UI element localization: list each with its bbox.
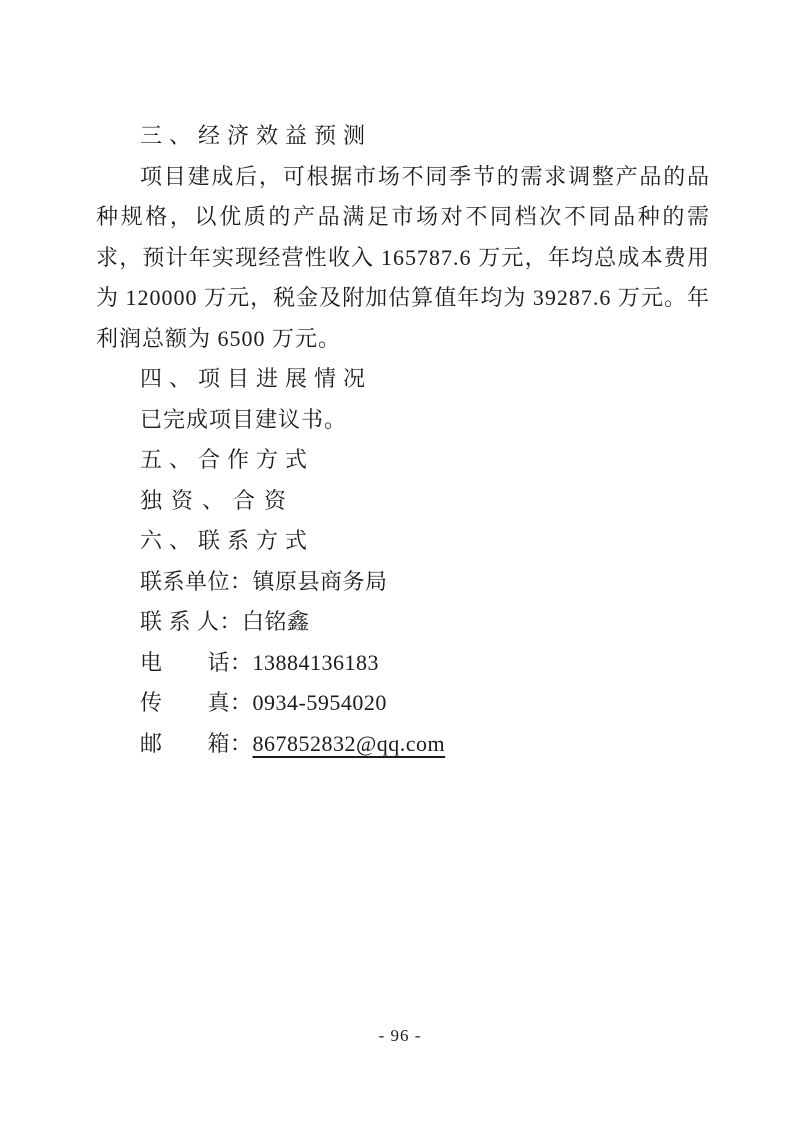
contact-email-label: 邮 箱：: [140, 731, 253, 756]
contact-row-unit: 联系单位：镇原县商务局: [96, 562, 710, 603]
paragraph-project-progress: 已完成项目建议书。: [96, 400, 710, 441]
page-number: - 96 -: [0, 1026, 800, 1046]
heading-contact-info: 六、联系方式: [96, 521, 710, 562]
contact-person-value: 白铭鑫: [242, 609, 310, 634]
heading-project-progress: 四、项目进展情况: [96, 359, 710, 400]
contact-unit-label: 联系单位：: [140, 569, 253, 594]
contact-row-fax: 传 真：0934-5954020: [96, 683, 710, 724]
contact-person-label: 联 系 人：: [140, 609, 242, 634]
contact-fax-label: 传 真：: [140, 690, 253, 715]
contact-fax-value: 0934-5954020: [253, 690, 387, 715]
heading-economic-benefit-forecast: 三、经济效益预测: [96, 116, 710, 157]
paragraph-cooperation-mode: 独资、合资: [96, 481, 710, 522]
contact-row-email: 邮 箱：867852832@qq.com: [96, 724, 710, 765]
contact-unit-value: 镇原县商务局: [253, 569, 388, 594]
document-body: 三、经济效益预测 项目建成后，可根据市场不同季节的需求调整产品的品种规格，以优质…: [96, 116, 710, 764]
contact-row-person: 联 系 人：白铭鑫: [96, 602, 710, 643]
heading-cooperation-mode: 五、合作方式: [96, 440, 710, 481]
document-page: 三、经济效益预测 项目建成后，可根据市场不同季节的需求调整产品的品种规格，以优质…: [0, 0, 800, 1131]
contact-email-link[interactable]: 867852832@qq.com: [253, 731, 446, 756]
contact-phone-value: 13884136183: [253, 650, 380, 675]
paragraph-economic-benefit: 项目建成后，可根据市场不同季节的需求调整产品的品种规格，以优质的产品满足市场对不…: [96, 157, 710, 360]
contact-phone-label: 电 话：: [140, 650, 253, 675]
contact-row-phone: 电 话：13884136183: [96, 643, 710, 684]
